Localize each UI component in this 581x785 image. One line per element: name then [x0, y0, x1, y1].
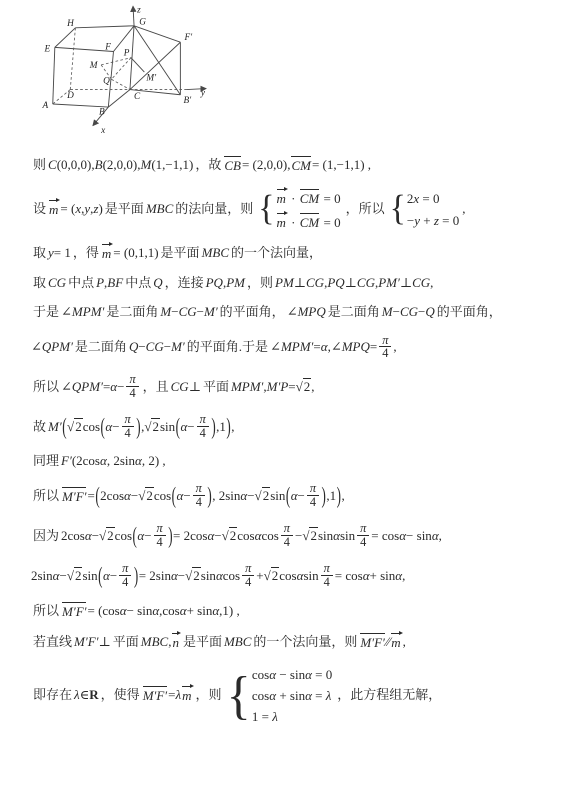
math-token: , — [402, 568, 405, 584]
system-row: 2x = 0 — [407, 189, 459, 207]
math-token: α — [399, 528, 406, 544]
math-token: CB — [223, 156, 242, 174]
math-token: α — [305, 667, 312, 682]
math-token: + sin — [276, 688, 305, 703]
math-token: MPQ — [298, 304, 326, 320]
math-token: α — [180, 419, 187, 435]
math-token: CG — [146, 339, 164, 355]
math-token: − sin — [276, 667, 305, 682]
math-line-8: 故M′(√2cos(α − π4),√2sin(α − π4),1) , — [31, 413, 575, 440]
math-line-5: 于是∠MPM′是二面角M − CG − M′的平面角，∠MPQ是二面角M − C… — [31, 304, 575, 320]
math-token: = 0 — [439, 213, 459, 228]
figure-label: B′ — [183, 96, 192, 106]
math-token: 平面 — [203, 379, 229, 395]
math-token: cos — [261, 528, 278, 544]
math-line-13: 所以M′F′ = (cosα − sinα,cosα + sinα,1) , — [31, 602, 575, 620]
math-token: α — [124, 488, 131, 504]
math-token: MPM′ — [72, 304, 104, 320]
fraction-numerator: π — [322, 562, 332, 575]
math-token: 是平面 — [161, 245, 200, 261]
math-token: P — [96, 275, 104, 291]
math-token: 是平面 — [183, 634, 222, 650]
math-token: ⊥ — [189, 379, 201, 395]
math-token: m — [48, 200, 60, 218]
fraction-denominator: 4 — [154, 535, 166, 549]
math-token: ( — [171, 481, 176, 510]
math-line-10: 所以M′F′ = (2cosα − √2cos(α − π4), 2sinα −… — [31, 482, 575, 509]
math-token: CM — [299, 213, 321, 231]
math-token: + sin — [187, 603, 213, 619]
math-token: · — [288, 215, 299, 230]
math-token: QPM′ — [42, 339, 73, 355]
math-token: MBC — [202, 245, 229, 261]
radicand: 2 — [262, 487, 271, 503]
math-token: − — [197, 304, 204, 320]
figure-label: Q — [103, 76, 110, 86]
math-token: cos — [154, 488, 171, 504]
math-token: − — [117, 379, 124, 395]
figure-label: C — [134, 92, 141, 102]
equation-system: {m · CM = 0m · CM = 0 — [258, 187, 340, 231]
figure-label: E — [44, 45, 51, 55]
math-token: sin — [270, 488, 285, 504]
math-token: C — [48, 157, 57, 173]
math-token: Q — [129, 339, 138, 355]
figure-label: M′ — [145, 73, 157, 83]
math-token: M′ — [171, 339, 185, 355]
radical-sign: √ — [222, 528, 229, 543]
math-token: − — [298, 488, 305, 504]
document-page: ABCDEFGHMPQM′B′F′xyz 则C(0,0,0),B(2,0,0),… — [0, 3, 581, 785]
math-token: F′ — [61, 453, 72, 469]
fraction: π4 — [379, 334, 391, 361]
math-token: CG — [48, 275, 66, 291]
math-token: m — [390, 633, 402, 651]
sqrt: √2 — [255, 488, 271, 504]
math-token: = 1 — [54, 245, 71, 261]
math-token: − — [144, 528, 151, 544]
math-token: = 2sin — [139, 568, 171, 584]
math-token: , — [311, 379, 314, 395]
math-token: ，故 — [195, 157, 221, 173]
math-token: ,∠ — [328, 339, 342, 355]
math-token: α — [110, 379, 117, 395]
figure-edge — [131, 58, 144, 72]
math-token: − — [110, 568, 117, 584]
math-token: 因为 — [33, 528, 59, 544]
figure-label: y — [200, 89, 206, 99]
math-token: λ — [272, 709, 278, 724]
math-token: − — [183, 488, 190, 504]
radicand: 2 — [192, 567, 201, 583]
fraction-denominator: 4 — [197, 426, 209, 440]
system-rows: m · CM = 0m · CM = 0 — [276, 187, 341, 231]
math-token: QPM′ — [72, 379, 103, 395]
fraction-denominator: 4 — [122, 426, 134, 440]
math-token: M′P — [267, 379, 289, 395]
math-token: 1 = — [252, 709, 272, 724]
math-token: − — [92, 528, 99, 544]
math-token: − sin — [406, 528, 432, 544]
math-token: ,1) , — [219, 603, 240, 619]
fraction: π4 — [119, 562, 131, 589]
math-token: R — [89, 687, 98, 703]
math-token: CG — [171, 379, 189, 395]
figure-edge — [111, 58, 131, 80]
fraction: π4 — [193, 482, 205, 509]
math-token: ( — [95, 481, 100, 510]
math-token: α — [180, 603, 187, 619]
math-token: = 0 — [320, 215, 340, 230]
math-token: + — [256, 568, 263, 584]
math-line-2: 设m = (x, y, z)是平面MBC的法向量，则{m · CM = 0m ·… — [31, 187, 575, 231]
math-token: = — [103, 379, 110, 395]
math-token: 中点 — [125, 275, 151, 291]
math-token: α — [85, 528, 92, 544]
math-token: MPQ — [342, 339, 370, 355]
math-token: 即存在 — [33, 687, 72, 703]
math-token: 是二面角 — [106, 304, 158, 320]
math-token: − — [214, 528, 221, 544]
figure-label: M — [89, 61, 99, 71]
math-token: − sin — [127, 603, 153, 619]
math-line-6: ∠QPM′是二面角Q − CG − M′的平面角.于是∠MPM′ = α,∠MP… — [31, 334, 575, 361]
math-token: ( — [175, 412, 180, 441]
math-token: CM — [290, 156, 312, 174]
math-token: + — [420, 213, 434, 228]
figure-label: D — [66, 91, 74, 101]
math-token: ∈ — [80, 687, 90, 703]
system-row: m · CM = 0 — [276, 211, 341, 231]
math-token: ，所以 — [346, 201, 385, 217]
math-token: MBC — [141, 634, 168, 650]
math-token: 是二面角 — [75, 339, 127, 355]
math-token: cos — [237, 528, 254, 544]
math-token: M′F′ — [61, 487, 87, 505]
fraction-denominator: 4 — [193, 495, 205, 509]
math-token: ) — [168, 521, 173, 550]
math-token: cos — [83, 419, 100, 435]
solution-text: 则C(0,0,0),B(2,0,0),M(1,−1,1)，故CB = (2,0,… — [0, 141, 581, 725]
math-token: sin — [160, 419, 175, 435]
radicand: 2 — [309, 527, 318, 543]
sqrt: √2 — [67, 568, 83, 584]
math-token: 的平面角.于是 — [187, 339, 268, 355]
math-token: α — [137, 528, 144, 544]
math-token: − — [171, 304, 178, 320]
math-token: α — [120, 603, 127, 619]
math-token: (0,0,0), — [57, 157, 95, 173]
math-token: α — [432, 528, 439, 544]
math-line-12: 2sinα − √2sin(α − π4) = 2sinα − √2sinαco… — [31, 562, 575, 589]
math-token: cos — [252, 667, 269, 682]
axis-line — [133, 6, 134, 26]
figure-label: H — [66, 19, 75, 29]
figure-label: F — [104, 42, 111, 52]
math-token: , 2sin — [107, 453, 135, 469]
math-token: ) — [336, 481, 341, 510]
math-token: 2cos — [100, 488, 124, 504]
math-token: ∠ — [61, 379, 72, 395]
math-line-14: 若直线M′F′ ⊥ 平面MBC, n是平面MBC的一个法向量，则M′F′ ∕∕ … — [31, 633, 575, 651]
math-token: 的一个法向量，则 — [253, 634, 357, 650]
math-token: α — [53, 568, 60, 584]
math-token: (2cos — [72, 453, 100, 469]
math-token: ⊥ — [400, 275, 412, 291]
math-token: = 0 — [419, 191, 439, 206]
math-token: 则 — [33, 157, 46, 173]
math-token: (1,−1,1) — [151, 157, 193, 173]
math-token: α — [135, 453, 142, 469]
math-token: , 2) , — [142, 453, 166, 469]
math-token: = cos — [371, 528, 399, 544]
math-token: − — [418, 304, 425, 320]
math-token: M′F′ — [142, 686, 168, 704]
math-token: α — [291, 488, 298, 504]
fraction-denominator: 4 — [307, 495, 319, 509]
math-line-7: 所以∠QPM′ = α − π4，且CG ⊥ 平面MPM′, M′P = √2 … — [31, 373, 575, 400]
brace-glyph: { — [258, 194, 274, 224]
figure-edge — [134, 26, 180, 95]
math-token: α — [216, 568, 223, 584]
fraction-denominator: 4 — [242, 575, 254, 589]
fraction: π4 — [321, 562, 333, 589]
math-token: ( — [62, 412, 67, 441]
math-line-15: 即存在λ ∈ R，使得M′F′ = λm，则{cosα − sinα = 0co… — [31, 665, 575, 726]
figure-label: B — [99, 107, 105, 117]
fraction-denominator: 4 — [321, 575, 333, 589]
math-token: cos — [279, 568, 296, 584]
math-token: ,1 — [326, 488, 336, 504]
fraction-denominator: 4 — [281, 535, 293, 549]
math-token: m — [181, 686, 193, 704]
math-token: ( — [285, 481, 290, 510]
math-token: ,1 — [216, 419, 226, 435]
math-token: 是平面 — [105, 201, 144, 217]
radicand: 2 — [303, 378, 312, 394]
math-token: α — [207, 528, 214, 544]
radical-sign: √ — [264, 568, 271, 583]
fraction-numerator: π — [123, 413, 133, 426]
fraction-numerator: π — [120, 562, 130, 575]
sqrt: √2 — [144, 419, 160, 435]
fraction-denominator: 4 — [379, 346, 391, 360]
math-token: 设 — [33, 201, 46, 217]
math-token: = (cos — [87, 603, 119, 619]
math-token: m — [101, 244, 113, 262]
math-token: ) — [98, 201, 102, 217]
math-token: BF — [107, 275, 123, 291]
math-token: , — [231, 419, 234, 435]
math-token: α — [177, 488, 184, 504]
math-token: α — [103, 568, 110, 584]
math-token: , — [430, 275, 433, 291]
figure-label: x — [100, 126, 106, 135]
math-token: cos — [223, 568, 240, 584]
math-token: α — [240, 488, 247, 504]
math-token: CG — [400, 304, 418, 320]
math-token: , — [403, 634, 406, 650]
math-token: = 0 — [312, 667, 332, 682]
math-token: 的法向量，则 — [175, 201, 253, 217]
math-token: = (0,1,1) — [113, 245, 158, 261]
fraction: π4 — [122, 413, 134, 440]
figure-label: A — [41, 101, 48, 111]
fraction-numerator: π — [308, 482, 318, 495]
math-line-4: 取CG中点P,BF中点Q，连接PQ,PM，则PM ⊥ CG, PQ ⊥ CG, … — [31, 275, 575, 291]
figure-edge — [101, 58, 131, 65]
math-token: α — [171, 568, 178, 584]
math-token: 平面 — [113, 634, 139, 650]
system-row: −y + z = 0 — [407, 211, 459, 229]
math-token: m — [276, 213, 288, 231]
math-token: M′F′ — [359, 633, 385, 651]
math-token: ，此方程组无解， — [337, 687, 441, 703]
math-token: ( — [100, 412, 105, 441]
fraction: π4 — [281, 522, 293, 549]
math-token: 所以 — [33, 379, 59, 395]
math-token: ，得 — [73, 245, 99, 261]
figure-edge — [134, 26, 180, 42]
system-rows: cosα − sinα = 0cosα + sinα = λ1 = λ — [252, 665, 332, 726]
math-token: 所以 — [33, 603, 59, 619]
radicand: 2 — [271, 567, 280, 583]
equation-system: {cosα − sinα = 0cosα + sinα = λ1 = λ — [227, 665, 333, 726]
system-row: cosα + sinα = λ — [252, 686, 332, 704]
math-line-9: 同理F′(2cosα, 2sinα, 2) , — [31, 453, 575, 469]
math-token: α — [297, 568, 304, 584]
math-token: − — [138, 339, 145, 355]
fraction-numerator: π — [358, 522, 368, 535]
math-token: = ( — [60, 201, 75, 217]
radical-sign: √ — [296, 379, 303, 394]
math-token: ∠ — [31, 339, 42, 355]
math-token: , — [393, 339, 396, 355]
fraction-numerator: π — [194, 482, 204, 495]
math-token: − — [187, 419, 194, 435]
figure-3d-wrap: ABCDEFGHMPQM′B′F′xyz — [26, 3, 581, 139]
math-token: M′ — [48, 419, 62, 435]
math-token: CM — [299, 189, 321, 207]
figure-edge — [111, 79, 130, 89]
math-token: PQ — [206, 275, 223, 291]
math-token: = — [87, 488, 94, 504]
fraction: π4 — [307, 482, 319, 509]
math-token: ) — [207, 481, 212, 510]
math-token: α — [305, 688, 312, 703]
math-token: PM′ — [378, 275, 400, 291]
figure-3d: ABCDEFGHMPQM′B′F′xyz — [26, 3, 238, 135]
math-token: ) — [136, 412, 141, 441]
fraction-denominator: 4 — [126, 386, 138, 400]
math-token: ∠ — [270, 339, 281, 355]
math-token: PM — [226, 275, 245, 291]
math-token: − — [112, 419, 119, 435]
math-token: ，则 — [196, 687, 222, 703]
radicand: 2 — [74, 567, 83, 583]
math-token: α — [105, 419, 112, 435]
math-token: MPM′ — [281, 339, 313, 355]
math-token: M — [382, 304, 393, 320]
math-token: n — [171, 633, 181, 651]
math-token: , — [341, 488, 344, 504]
math-token: 是二面角 — [328, 304, 380, 320]
sqrt: √2 — [264, 568, 280, 584]
math-token: 于是 — [33, 304, 59, 320]
fraction-numerator: π — [198, 413, 208, 426]
fraction: π4 — [126, 373, 138, 400]
math-token: α — [255, 528, 262, 544]
math-token: ∠ — [287, 304, 298, 320]
system-row: cosα − sinα = 0 — [252, 665, 332, 683]
figure-edge — [55, 28, 76, 48]
math-token: · — [288, 191, 299, 206]
math-token: 2cos — [61, 528, 85, 544]
math-token: 若直线 — [33, 634, 72, 650]
math-token: ⊥ — [345, 275, 357, 291]
math-token: = (2,0,0), — [242, 157, 291, 173]
sqrt: √2 — [138, 488, 154, 504]
figure-label: z — [136, 5, 141, 15]
radicand: 2 — [145, 487, 154, 503]
fraction-numerator: π — [380, 334, 390, 347]
math-token: α — [321, 339, 328, 355]
fraction: π4 — [242, 562, 254, 589]
math-token: sin — [82, 568, 97, 584]
math-token: α — [212, 603, 219, 619]
math-token: cos — [252, 688, 269, 703]
math-token: CG — [412, 275, 430, 291]
math-token: = — [370, 339, 377, 355]
math-token: M — [160, 304, 171, 320]
math-token: − — [393, 304, 400, 320]
figure-edge — [53, 47, 55, 104]
math-token: α — [152, 603, 159, 619]
radicand: 2 — [74, 418, 83, 434]
math-token: , — [462, 201, 465, 217]
math-token: 的平面角， — [437, 304, 502, 320]
math-token: M′F′ — [74, 634, 98, 650]
math-token: sin — [303, 568, 318, 584]
radicand: 2 — [151, 418, 160, 434]
math-token: MBC — [224, 634, 251, 650]
radicand: 2 — [106, 527, 115, 543]
math-token: α — [395, 568, 402, 584]
math-token: = — [312, 688, 326, 703]
math-token: 取 — [33, 275, 46, 291]
math-token: MPM′ — [231, 379, 263, 395]
math-token: ，则 — [247, 275, 273, 291]
math-line-11: 因为2cosα − √2cos(α − π4) = 2cosα − √2cosα… — [31, 522, 575, 549]
math-token: − — [131, 488, 138, 504]
math-token: Q — [425, 304, 434, 320]
fraction-denominator: 4 — [119, 575, 131, 589]
math-token: = (1,−1,1) , — [312, 157, 371, 173]
math-token: CG — [357, 275, 375, 291]
math-token: cos — [115, 528, 132, 544]
math-token: − — [164, 339, 171, 355]
math-token: M′ — [204, 304, 218, 320]
math-token: = 0 — [320, 191, 340, 206]
math-token: + sin — [370, 568, 396, 584]
math-token: ) — [133, 561, 138, 590]
math-token: ⊥ — [98, 634, 110, 650]
math-token: ) — [226, 412, 231, 441]
fraction: π4 — [357, 522, 369, 549]
math-token: = 2cos — [173, 528, 207, 544]
math-token: 同理 — [33, 453, 59, 469]
math-token: ) — [321, 481, 326, 510]
